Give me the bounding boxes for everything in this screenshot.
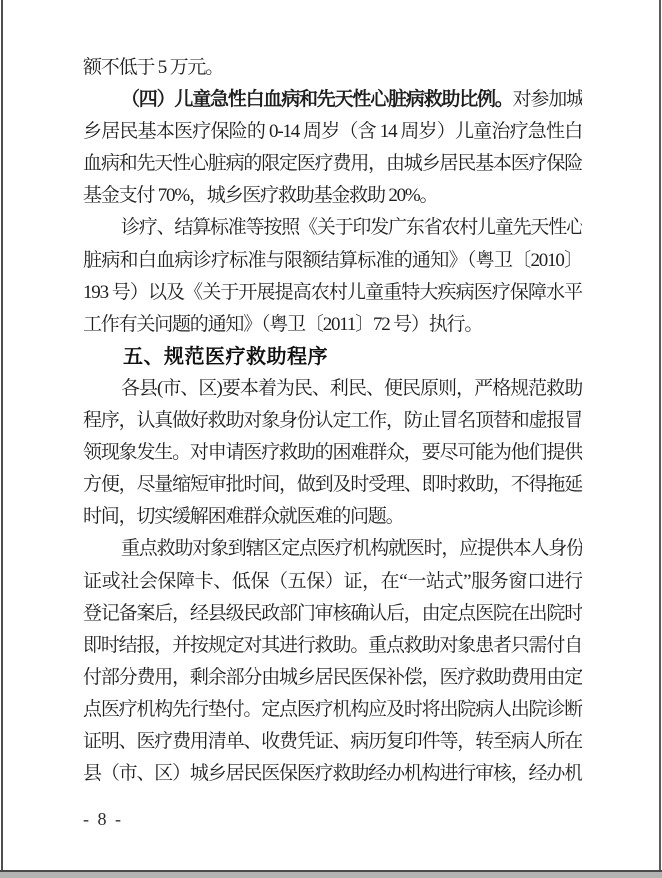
text-line: 点医疗机构先行垫付。定点医疗机构应及时将出院病人出院诊断 <box>83 694 582 726</box>
section-heading-5: 五、规范医疗救助程序 <box>83 341 582 373</box>
text-line: 工作有关问题的通知》（粤卫〔2011〕72 号）执行。 <box>83 309 582 341</box>
text-line: 方便，尽量缩短审批时间，做到及时受理、即时救助，不得拖延 <box>83 469 582 501</box>
text-line: 脏病和白血病诊疗标准与限额结算标准的通知》（粤卫〔2010〕 <box>83 245 582 277</box>
text-line: 诊疗、结算标准等按照《关于印发广东省农村儿童先天性心 <box>83 212 582 244</box>
text-line: 程序，认真做好救助对象身份认定工作，防止冒名顶替和虚报冒 <box>83 405 582 437</box>
scan-edge-strip <box>0 872 662 878</box>
text-line: 证明、医疗费用清单、收费凭证、病历复印件等，转至病人所在 <box>83 726 582 758</box>
text-line: 即时结报，并按规定对其进行救助。重点救助对象患者只需付自 <box>83 630 582 662</box>
text-line: 登记备案后，经县级民政部门审核确认后，由定点医院在出院时 <box>83 598 582 630</box>
text-line: 重点救助对象到辖区定点医疗机构就医时，应提供本人身份 <box>83 533 582 565</box>
text-line: 付部分费用，剩余部分由城乡居民医保补偿，医疗救助费用由定 <box>83 662 582 694</box>
text-line: 乡居民基本医疗保险的 0-14 周岁（含 14 周岁）儿童治疗急性白 <box>83 116 582 148</box>
section-heading-4: （四）儿童急性白血病和先天性心脏病救助比例。对参加城 <box>83 84 582 116</box>
text-line: 各县(市、区)要本着为民、利民、便民原则，严格规范救助 <box>83 373 582 405</box>
text-run: 对参加城 <box>513 89 582 110</box>
document-page: 额不低于 5 万元。 （四）儿童急性白血病和先天性心脏病救助比例。对参加城 乡居… <box>0 0 662 878</box>
page-text-block: 额不低于 5 万元。 （四）儿童急性白血病和先天性心脏病救助比例。对参加城 乡居… <box>83 52 582 835</box>
text-line: 血病和先天性心脏病的限定医疗费用，由城乡居民基本医疗保险 <box>83 148 582 180</box>
text-line: 额不低于 5 万元。 <box>83 52 582 84</box>
scan-border-left <box>1 0 3 870</box>
scan-border-right <box>659 0 661 870</box>
text-line: 证或社会保障卡、低保（五保）证，在“一站式”服务窗口进行 <box>83 566 582 598</box>
page-number: - 8 - <box>83 803 582 835</box>
text-line: 领现象发生。对申请医疗救助的困难群众，要尽可能为他们提供 <box>83 437 582 469</box>
text-line: 时间，切实缓解困难群众就医难的问题。 <box>83 501 582 533</box>
text-line: 县（市、区）城乡居民医保医疗救助经办机构进行审核，经办机 <box>83 758 582 790</box>
text-line: 193 号）以及《关于开展提高农村儿童重特大疾病医疗保障水平 <box>83 277 582 309</box>
section-heading-4-title: （四）儿童急性白血病和先天性心脏病救助比例。 <box>121 89 513 110</box>
text-line: 基金支付 70%，城乡医疗救助基金救助 20%。 <box>83 180 582 212</box>
